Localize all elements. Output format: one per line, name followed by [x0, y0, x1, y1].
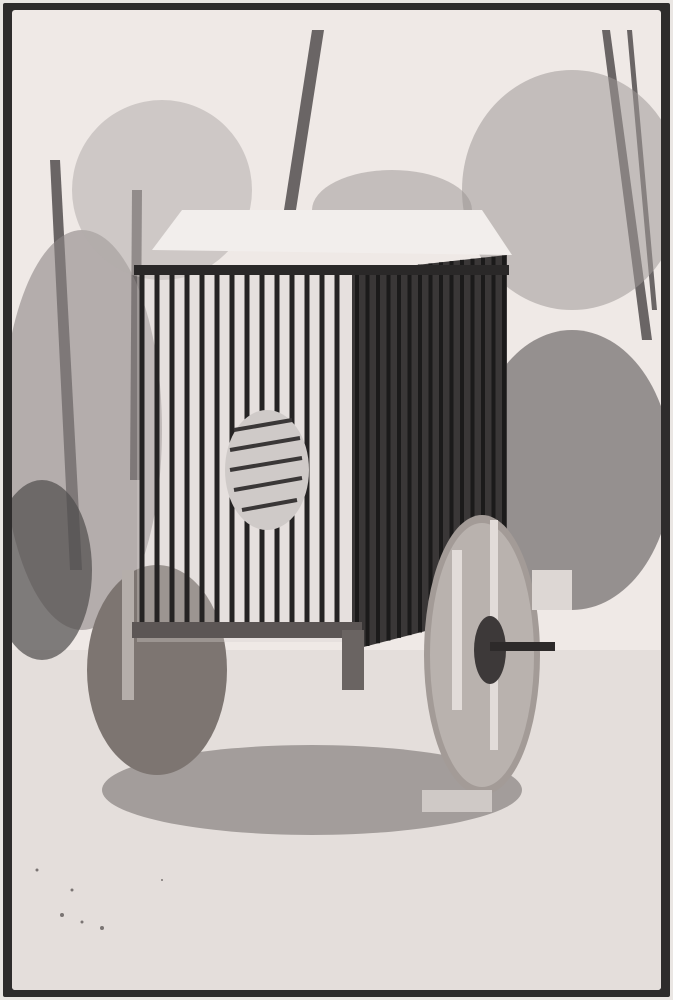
stone-block: [532, 570, 572, 610]
scene: [12, 10, 661, 990]
cage-roof: [152, 210, 512, 255]
photo-print: [0, 0, 673, 1000]
photograph: [12, 10, 661, 990]
